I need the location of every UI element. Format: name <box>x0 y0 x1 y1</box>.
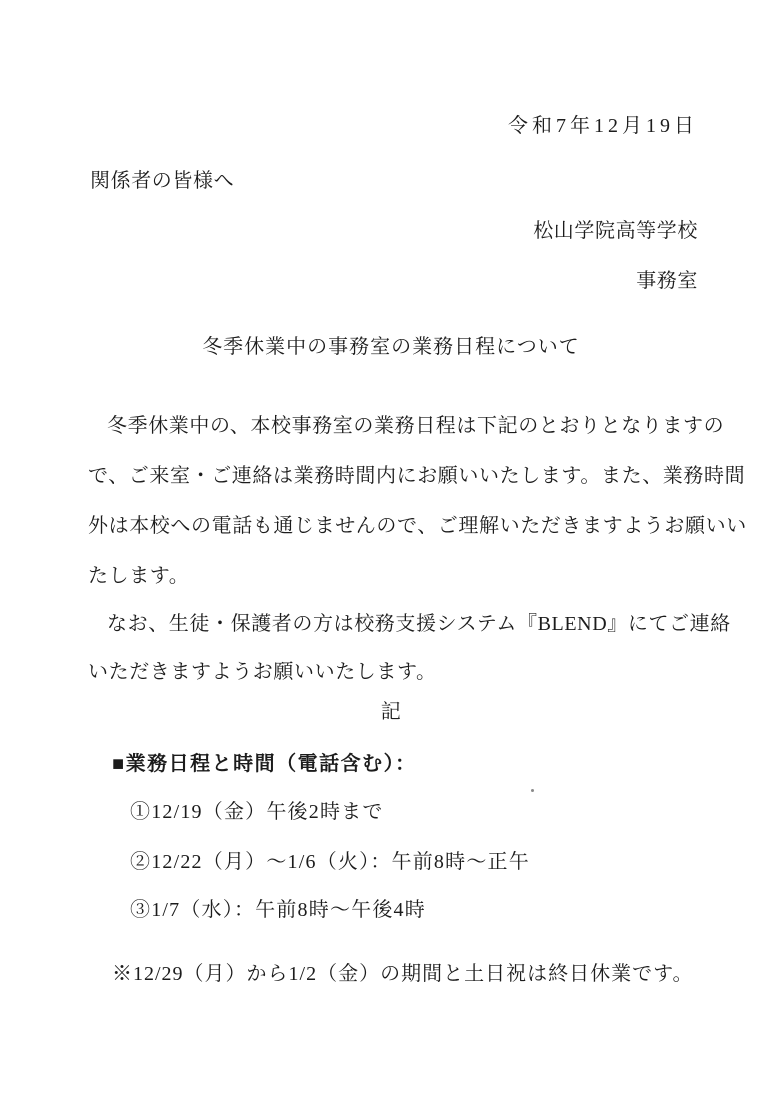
schedule-heading: ■業務日程と時間（電話含む）： <box>112 750 417 778</box>
document-date: 令和7年12月19日 <box>508 112 698 140</box>
body-line: たします。 <box>88 562 189 590</box>
schedule-item: ③1/7（水）：午前8時～午後4時 <box>130 896 426 924</box>
record-marker: 記 <box>0 698 782 726</box>
sender-organization: 松山学院高等学校 <box>533 217 698 245</box>
body-line: いただきますようお願いいたします。 <box>88 658 437 686</box>
body-line: で、ご来室・ご連絡は業務時間内にお願いいたします。また、業務時間 <box>88 462 745 490</box>
body-line: なお、生徒・保護者の方は校務支援システム『BLEND』にてご連絡 <box>88 610 731 638</box>
document-page: 令和7年12月19日 関係者の皆様へ 松山学院高等学校 事務室 冬季休業中の事務… <box>0 0 782 1115</box>
document-title: 冬季休業中の事務室の業務日程について <box>0 333 782 361</box>
schedule-item: ②12/22（月）～1/6（火）：午前8時～正午 <box>130 848 530 876</box>
closure-note: ※12/29（月）から1/2（金）の期間と土日祝は終日休業です。 <box>112 960 694 988</box>
body-line: 外は本校への電話も通じませんので、ご理解いただきますようお願いい <box>88 512 747 540</box>
scan-artifact-dot <box>531 789 534 792</box>
sender-department: 事務室 <box>636 267 698 295</box>
schedule-item: ①12/19（金）午後2時まで <box>130 798 384 826</box>
body-line: 冬季休業中の、本校事務室の業務日程は下記のとおりとなりますの <box>88 412 724 440</box>
recipient-line: 関係者の皆様へ <box>90 167 234 195</box>
